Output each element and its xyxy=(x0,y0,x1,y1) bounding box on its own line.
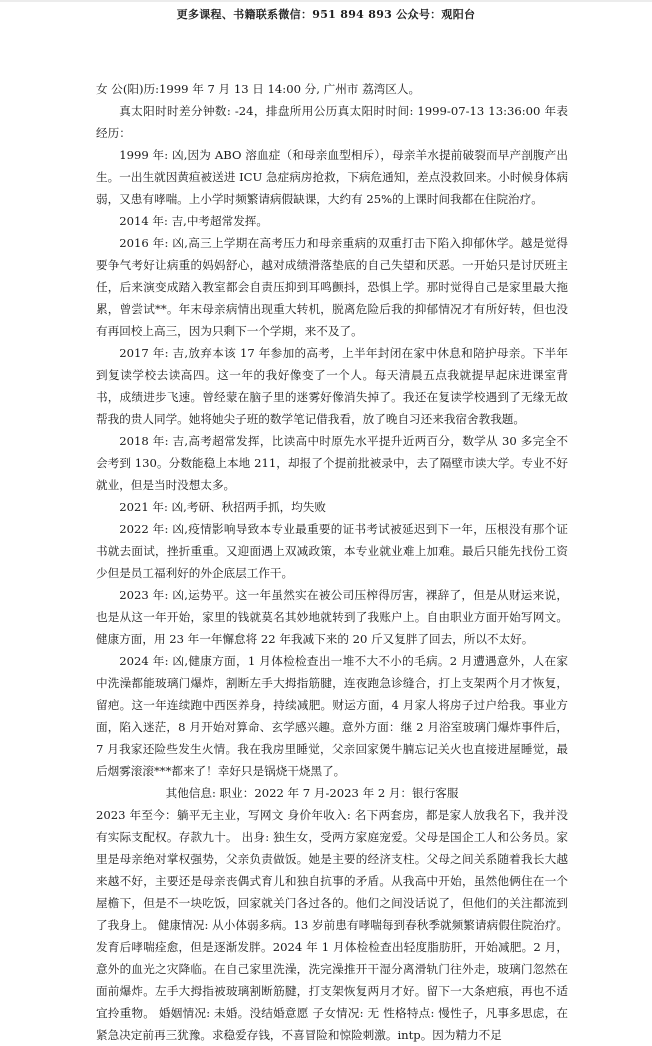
birth-info-line: 女 公(阳)历:1999 年 7 月 13 日 14:00 分, 广州市 荔湾区… xyxy=(96,78,568,100)
timeline-entry-1999: 1999 年: 凶,因为 ABO 溶血症（和母亲血型相斥），母亲羊水提前破裂而早… xyxy=(96,144,568,210)
document-body: 女 公(阳)历:1999 年 7 月 13 日 14:00 分, 广州市 荔湾区… xyxy=(96,78,568,907)
timeline-entry-2016: 2016 年: 凶,高三上学期在高考压力和母亲重病的双重打击下陷入抑郁休学。越是… xyxy=(96,232,568,342)
timeline-entry-2014: 2014 年: 吉,中考超常发挥。 xyxy=(96,210,568,232)
page-header-contact: 更多课程、书籍联系微信：951 894 893 公众号：观阳台 xyxy=(0,6,652,22)
solar-time-line: 真太阳时时差分钟数: -24，排盘所用公历真太阳时时间: 1999-07-13 … xyxy=(96,100,568,144)
top-border xyxy=(0,0,652,2)
timeline-entry-2018: 2018 年: 吉,高考超常发挥，比读高中时原先水平提升近两百分，数学从 30 … xyxy=(96,430,568,496)
timeline-entry-2022: 2022 年: 凶,疫情影响导致本专业最重要的证书考试被延迟到下一年，压根没有那… xyxy=(96,518,568,584)
other-info-body: 2023 年至今：躺平无主业，写网文 身价年收入: 名下两套房，都是家人放我名下… xyxy=(96,804,568,907)
timeline-entry-2021: 2021 年: 凶,考研、秋招两手抓，均失败 xyxy=(96,496,568,518)
other-info-heading: 其他信息: 职业：2022 年 7 月-2023 年 2 月：银行客服 xyxy=(96,782,568,804)
timeline-entry-2023: 2023 年: 凶,运势平。这一年虽然实在被公司压榨得厉害，裸辞了，但是从财运来… xyxy=(96,584,568,650)
timeline-entry-2017: 2017 年: 吉,放弃本该 17 年参加的高考，上半年封闭在家中休息和陪护母亲… xyxy=(96,342,568,430)
timeline-entry-2024: 2024 年: 凶,健康方面，1 月体检检查出一堆不大不小的毛病。2 月遭遇意外… xyxy=(96,650,568,782)
